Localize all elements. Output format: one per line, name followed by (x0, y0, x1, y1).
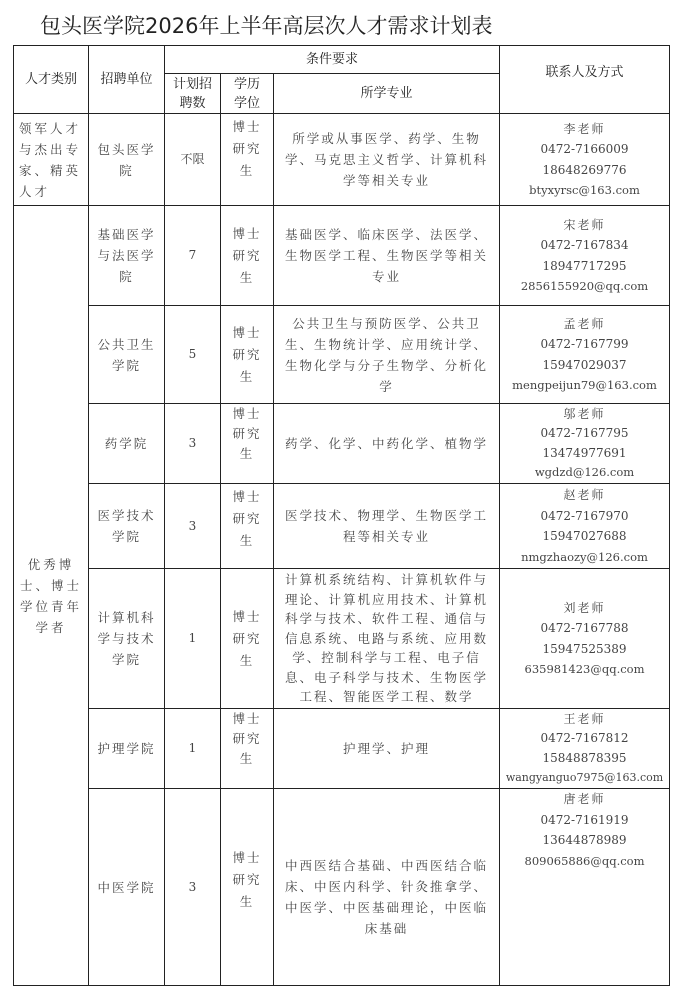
count-cell: 3 (165, 484, 221, 569)
contact-phone: 0472-7167834 (500, 235, 669, 256)
header-plan-count: 计划招聘数 (165, 74, 221, 114)
contact-email[interactable]: 2856155920@qq.com (500, 276, 669, 297)
table-row: 医学技术学院 3 博士研究生 医学技术、物理学、生物医学工程等相关专业 赵老师 … (14, 484, 670, 569)
count-cell: 3 (165, 789, 221, 986)
table-row: 护理学院 1 博士研究生 护理学、护理 王老师 0472-7167812 158… (14, 709, 670, 789)
contact-email[interactable]: wangyanguo7975@163.com (500, 768, 669, 788)
degree-cell: 博士研究生 (221, 114, 274, 206)
degree-text: 博士研究生 (232, 322, 262, 388)
contact-name: 王老师 (500, 710, 669, 730)
unit-text: 医学技术学院 (97, 505, 157, 547)
unit-cell: 包头医学院 (89, 114, 165, 206)
degree-cell: 博士研究生 (221, 206, 274, 306)
contact-mobile: 13644878989 (500, 830, 669, 851)
table-row: 中医学院 3 博士研究生 中西医结合基础、中西医结合临床、中医内科学、针灸推拿学… (14, 789, 670, 986)
table-row: 优秀博士、博士学位青年学者 基础医学与法医学院 7 博士研究生 基础医学、临床医… (14, 206, 670, 306)
contact-cell: 唐老师 0472-7161919 13644878989 809065886@q… (500, 789, 670, 986)
header-degree: 学历学位 (221, 74, 274, 114)
contact-cell: 邬老师 0472-7167795 13474977691 wgdzd@126.c… (500, 404, 670, 484)
contact-cell: 宋老师 0472-7167834 18947717295 2856155920@… (500, 206, 670, 306)
unit-text: 基础医学与法医学院 (97, 224, 157, 287)
contact-phone: 0472-7167788 (500, 618, 669, 639)
page-title: 包头医学院2026年上半年高层次人才需求计划表 (40, 10, 492, 40)
count-cell: 1 (165, 569, 221, 709)
major-cell: 药学、化学、中药化学、植物学 (274, 404, 500, 484)
degree-cell: 博士研究生 (221, 306, 274, 404)
contact-cell: 王老师 0472-7167812 15848878395 wangyanguo7… (500, 709, 670, 789)
contact-cell: 刘老师 0472-7167788 15947525389 635981423@q… (500, 569, 670, 709)
category-cell: 优秀博士、博士学位青年学者 (14, 206, 89, 986)
contact-email[interactable]: wgdzd@126.com (500, 463, 669, 483)
unit-text: 药学院 (97, 433, 157, 454)
contact-email[interactable]: mengpeijun79@163.com (500, 375, 669, 396)
contact-mobile: 15947525389 (500, 639, 669, 660)
contact-phone: 0472-7166009 (500, 139, 669, 160)
recruitment-plan-table: 人才类别 招聘单位 条件要求 联系人及方式 计划招聘数 学历学位 所学专业 领军… (13, 45, 670, 986)
contact-email[interactable]: 809065886@qq.com (500, 851, 669, 872)
unit-text: 公共卫生学院 (97, 334, 157, 376)
contact-cell: 赵老师 0472-7167970 15947027688 nmgzhaozy@1… (500, 484, 670, 569)
count-cell: 3 (165, 404, 221, 484)
degree-text: 博士研究生 (232, 486, 262, 552)
contact-name: 唐老师 (500, 789, 669, 810)
major-cell: 基础医学、临床医学、法医学、生物医学工程、生物医学等相关专业 (274, 206, 500, 306)
degree-text: 博士研究生 (232, 606, 262, 672)
header-major: 所学专业 (274, 74, 500, 114)
contact-email[interactable]: nmgzhaozy@126.com (500, 547, 669, 568)
contact-phone: 0472-7167812 (500, 729, 669, 749)
contact-mobile: 15947027688 (500, 526, 669, 547)
contact-phone: 0472-7167795 (500, 424, 669, 444)
unit-cell: 药学院 (89, 404, 165, 484)
count-cell: 5 (165, 306, 221, 404)
unit-text: 包头医学院 (97, 139, 157, 181)
major-cell: 医学技术、物理学、生物医学工程等相关专业 (274, 484, 500, 569)
header-unit: 招聘单位 (89, 46, 165, 114)
contact-name: 赵老师 (500, 485, 669, 506)
header-contact: 联系人及方式 (500, 46, 670, 114)
contact-email[interactable]: 635981423@qq.com (500, 659, 669, 680)
contact-name: 孟老师 (500, 314, 669, 335)
contact-cell: 李老师 0472-7166009 18648269776 btyxyrsc@16… (500, 114, 670, 206)
header-plan-count-text: 计划招聘数 (173, 75, 213, 113)
major-cell: 公共卫生与预防医学、公共卫生、生物统计学、应用统计学、生物化学与分子生物学、分析… (274, 306, 500, 404)
unit-cell: 医学技术学院 (89, 484, 165, 569)
count-cell: 7 (165, 206, 221, 306)
contact-phone: 0472-7161919 (500, 810, 669, 831)
contact-phone: 0472-7167799 (500, 334, 669, 355)
header-category: 人才类别 (14, 46, 89, 114)
unit-text: 护理学院 (96, 738, 158, 759)
unit-cell: 公共卫生学院 (89, 306, 165, 404)
count-cell: 不限 (165, 114, 221, 206)
degree-cell: 博士研究生 (221, 484, 274, 569)
unit-cell: 护理学院 (89, 709, 165, 789)
contact-name: 邬老师 (500, 405, 669, 425)
major-cell: 所学或从事医学、药学、生物学、马克思主义哲学、计算机科学等相关专业 (274, 114, 500, 206)
category-cell: 领军人才与杰出专家、精英人才 (14, 114, 89, 206)
contact-mobile: 15848878395 (500, 749, 669, 769)
contact-email[interactable]: btyxyrsc@163.com (500, 180, 669, 201)
major-cell: 护理学、护理 (274, 709, 500, 789)
major-cell: 中西医结合基础、中西医结合临床、中医内科学、针灸推拿学、中医学、中医基础理论，中… (274, 789, 500, 986)
unit-text: 中医学院 (96, 877, 158, 898)
degree-text: 博士研究生 (232, 223, 262, 289)
contact-name: 宋老师 (500, 215, 669, 236)
major-cell: 计算机系统结构、计算机软件与理论、计算机应用技术、计算机科学与技术、软件工程、通… (274, 569, 500, 709)
degree-cell: 博士研究生 (221, 709, 274, 789)
table-row: 药学院 3 博士研究生 药学、化学、中药化学、植物学 邬老师 0472-7167… (14, 404, 670, 484)
degree-text: 博士研究生 (232, 404, 262, 464)
contact-mobile: 13474977691 (500, 444, 669, 464)
degree-cell: 博士研究生 (221, 789, 274, 986)
unit-text: 计算机科学与技术学院 (97, 607, 157, 670)
contact-mobile: 15947029037 (500, 355, 669, 376)
contact-mobile: 18947717295 (500, 256, 669, 277)
degree-text: 博士研究生 (232, 116, 262, 182)
degree-cell: 博士研究生 (221, 569, 274, 709)
unit-cell: 计算机科学与技术学院 (89, 569, 165, 709)
degree-cell: 博士研究生 (221, 404, 274, 484)
table-row: 领军人才与杰出专家、精英人才 包头医学院 不限 博士研究生 所学或从事医学、药学… (14, 114, 670, 206)
contact-cell: 孟老师 0472-7167799 15947029037 mengpeijun7… (500, 306, 670, 404)
category-text: 优秀博士、博士学位青年学者 (20, 554, 82, 638)
contact-name: 刘老师 (500, 598, 669, 619)
table-row: 公共卫生学院 5 博士研究生 公共卫生与预防医学、公共卫生、生物统计学、应用统计… (14, 306, 670, 404)
degree-text: 博士研究生 (232, 847, 262, 913)
unit-cell: 中医学院 (89, 789, 165, 986)
header-requirements: 条件要求 (165, 46, 500, 74)
contact-phone: 0472-7167970 (500, 506, 669, 527)
contact-mobile: 18648269776 (500, 160, 669, 181)
header-degree-text: 学历学位 (233, 75, 261, 113)
contact-name: 李老师 (500, 119, 669, 140)
count-cell: 1 (165, 709, 221, 789)
degree-text: 博士研究生 (232, 709, 262, 769)
table-row: 计算机科学与技术学院 1 博士研究生 计算机系统结构、计算机软件与理论、计算机应… (14, 569, 670, 709)
unit-cell: 基础医学与法医学院 (89, 206, 165, 306)
